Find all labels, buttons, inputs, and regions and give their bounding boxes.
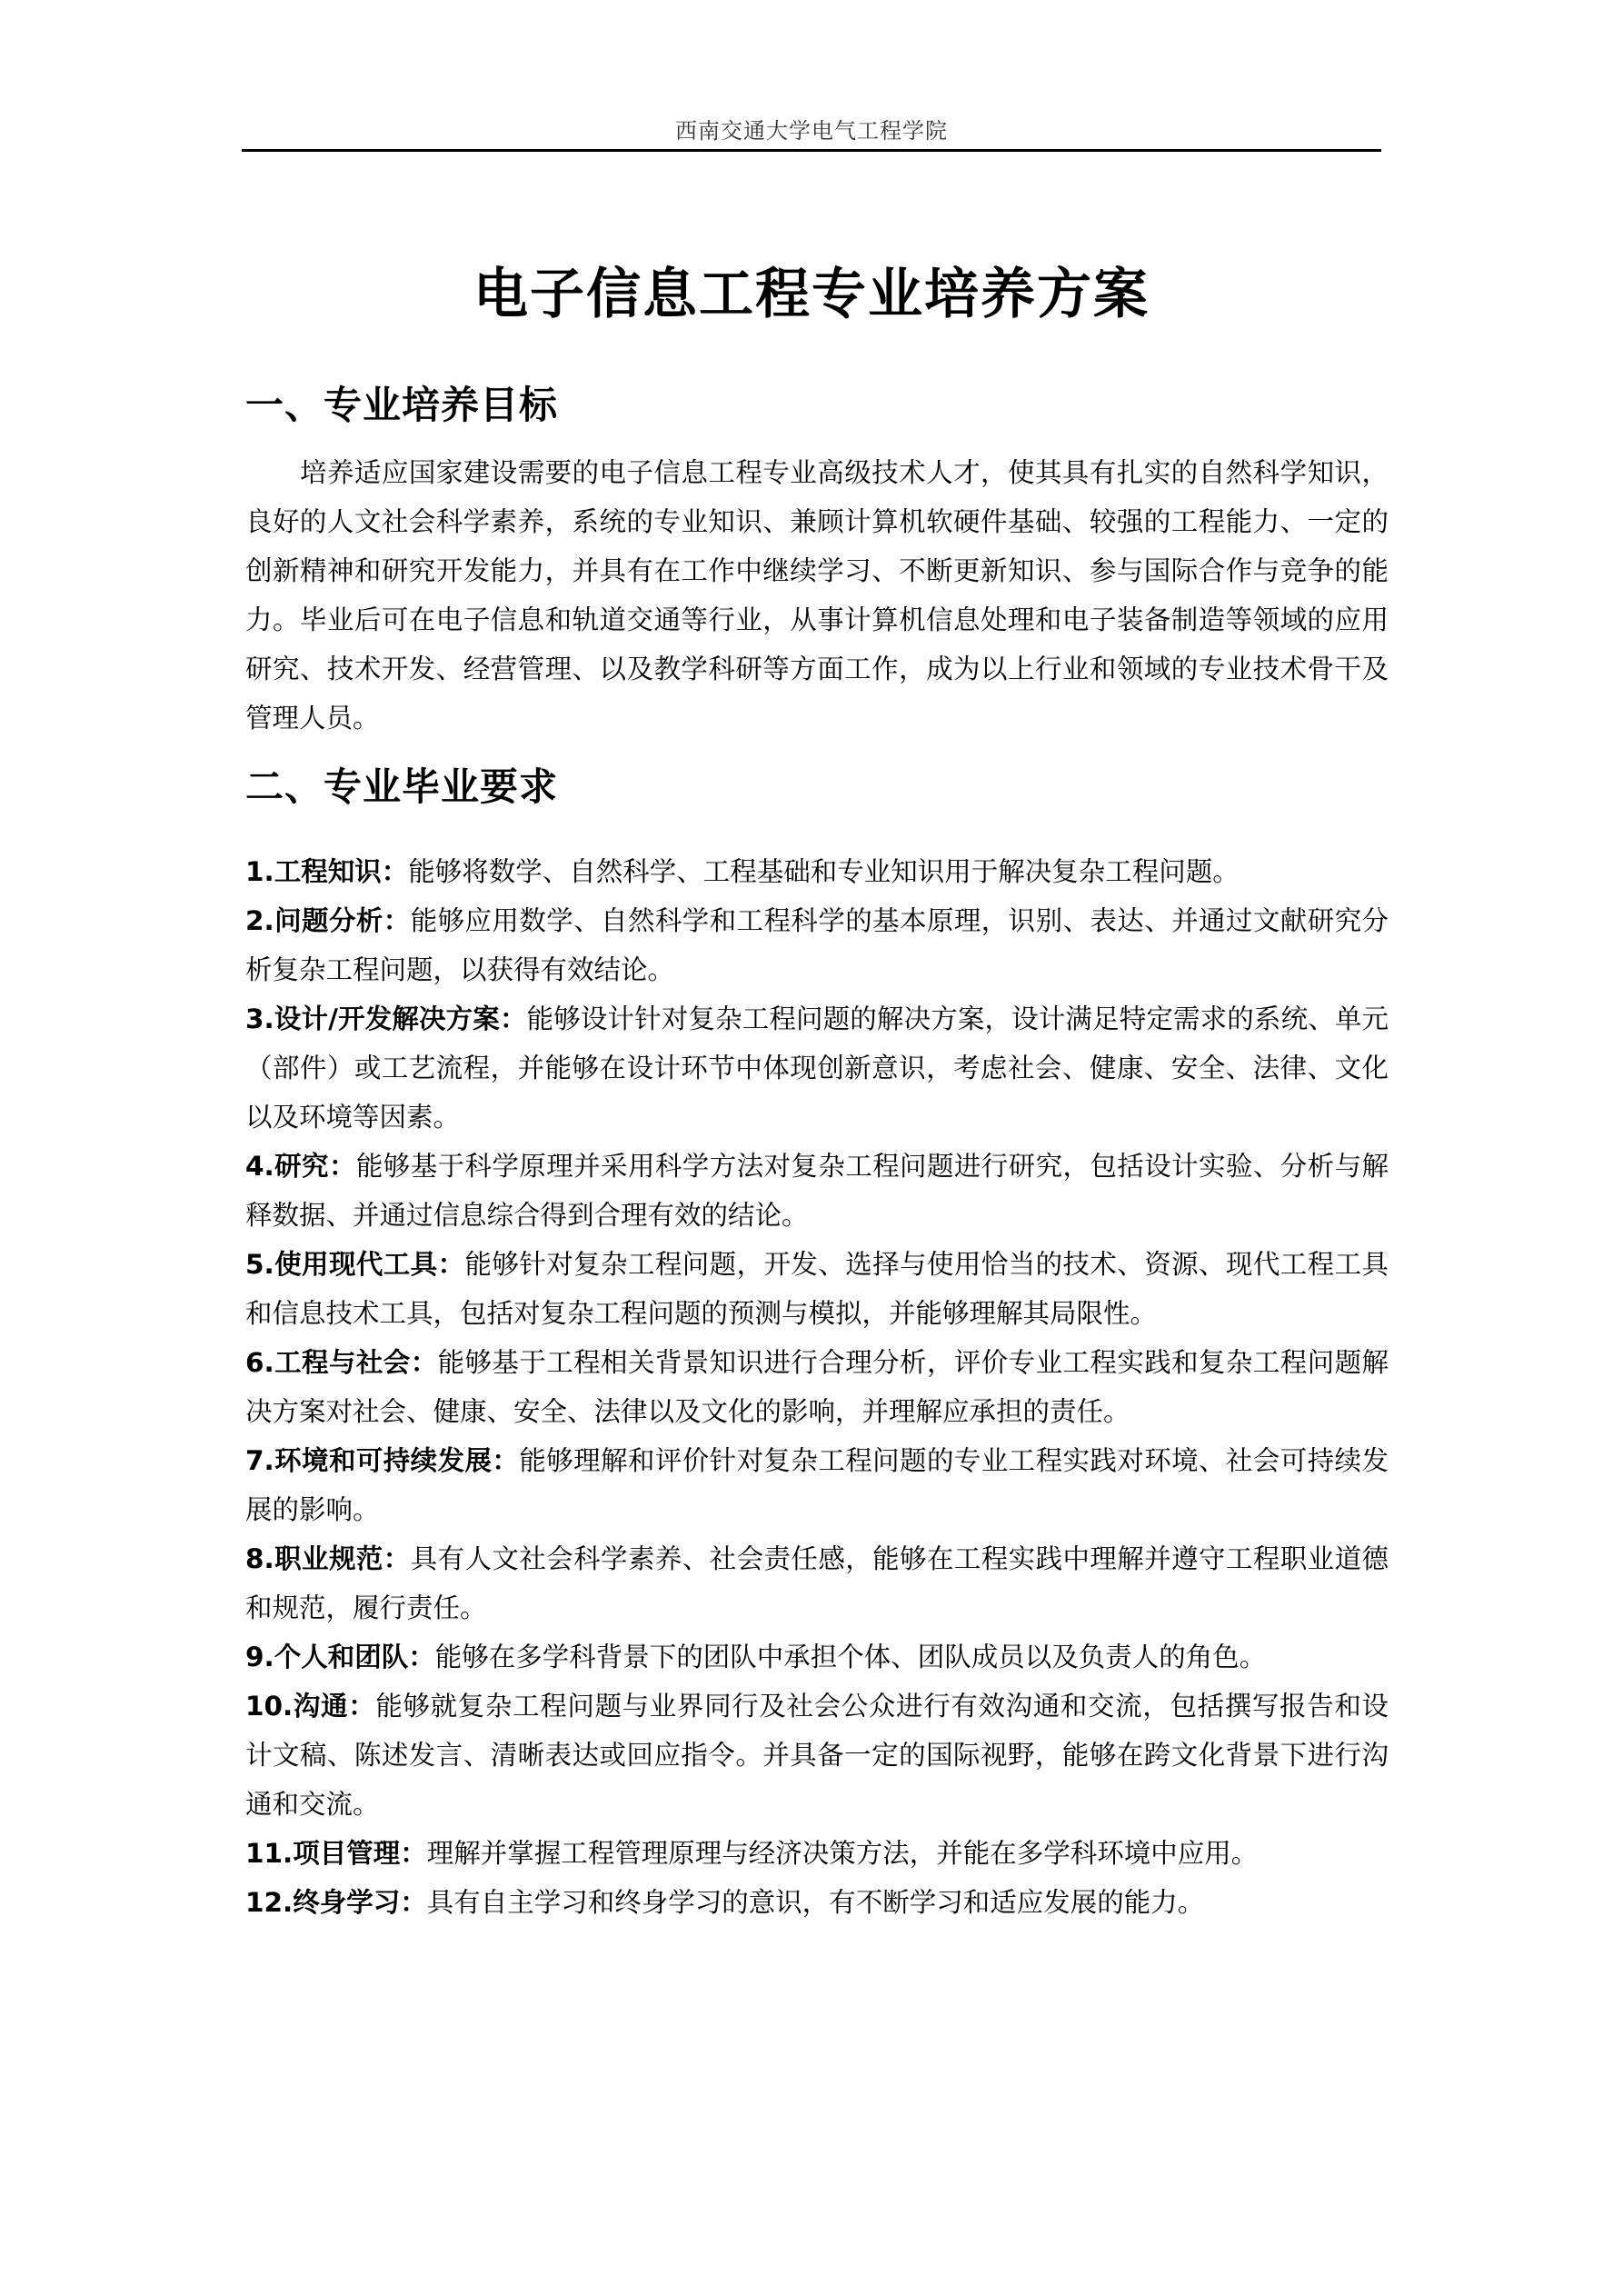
requirement-number: 12. xyxy=(245,1887,293,1918)
requirement-number: 11. xyxy=(245,1838,293,1869)
requirement-title: 职业规范 xyxy=(274,1543,383,1574)
requirement-text: 能够就复杂工程问题与业界同行及社会公众进行有效沟通和交流，包括撰写报告和设计文稿… xyxy=(245,1691,1389,1820)
requirement-number: 3. xyxy=(245,1003,274,1034)
requirement-title: 工程知识 xyxy=(274,856,382,887)
objectives-paragraph: 培养适应国家建设需要的电子信息工程专业高级技术人才，使其具有扎实的自然科学知识，… xyxy=(245,448,1389,743)
requirement-number: 6. xyxy=(245,1347,274,1378)
requirement-title: 研究 xyxy=(274,1151,329,1182)
requirements-list: 1.工程知识：能够将数学、自然科学、工程基础和专业知识用于解决复杂工程问题。 2… xyxy=(245,847,1389,1927)
requirement-colon: ： xyxy=(329,1151,356,1182)
running-header: 西南交通大学电气工程学院 xyxy=(242,113,1381,145)
requirement-title: 问题分析 xyxy=(274,905,383,936)
requirement-item-1: 1.工程知识：能够将数学、自然科学、工程基础和专业知识用于解决复杂工程问题。 xyxy=(245,847,1389,896)
requirement-text: 具有自主学习和终身学习的意识，有不断学习和适应发展的能力。 xyxy=(427,1887,1205,1918)
requirement-item-6: 6.工程与社会：能够基于工程相关背景知识进行合理分析，评价专业工程实践和复杂工程… xyxy=(245,1338,1389,1436)
requirement-item-3: 3.设计/开发解决方案：能够设计针对复杂工程问题的解决方案，设计满足特定需求的系… xyxy=(245,994,1389,1142)
requirement-title: 沟通 xyxy=(293,1691,348,1722)
requirement-item-12: 12.终身学习：具有自主学习和终身学习的意识，有不断学习和适应发展的能力。 xyxy=(245,1878,1389,1927)
requirement-text: 能够应用数学、自然科学和工程科学的基本原理，识别、表达、并通过文献研究分析复杂工… xyxy=(245,905,1389,985)
requirement-title: 工程与社会 xyxy=(274,1347,411,1378)
requirement-colon: ： xyxy=(411,1347,438,1378)
document-page: 西南交通大学电气工程学院 电子信息工程专业培养方案 一、专业培养目标 培养适应国… xyxy=(0,0,1623,2296)
requirement-number: 7. xyxy=(245,1445,274,1476)
requirement-number: 8. xyxy=(245,1543,274,1574)
requirement-colon: ： xyxy=(408,1642,435,1672)
requirement-item-7: 7.环境和可持续发展：能够理解和评价针对复杂工程问题的专业工程实践对环境、社会可… xyxy=(245,1436,1389,1534)
requirement-item-9: 9.个人和团队：能够在多学科背景下的团队中承担个体、团队成员以及负责人的角色。 xyxy=(245,1632,1389,1682)
requirement-colon: ： xyxy=(383,905,411,936)
requirement-title: 终身学习 xyxy=(293,1887,400,1918)
requirement-colon: ： xyxy=(348,1691,375,1722)
requirement-item-10: 10.沟通：能够就复杂工程问题与业界同行及社会公众进行有效沟通和交流，包括撰写报… xyxy=(245,1682,1389,1829)
requirement-colon: ： xyxy=(400,1887,427,1918)
requirement-text: 理解并掌握工程管理原理与经济决策方法，并能在多学科环境中应用。 xyxy=(427,1838,1259,1869)
requirement-text: 能够将数学、自然科学、工程基础和专业知识用于解决复杂工程问题。 xyxy=(408,856,1240,887)
requirement-number: 10. xyxy=(245,1691,293,1722)
section-heading-requirements: 二、专业毕业要求 xyxy=(245,762,558,813)
requirement-item-4: 4.研究：能够基于科学原理并采用科学方法对复杂工程问题进行研究，包括设计实验、分… xyxy=(245,1142,1389,1240)
requirement-number: 5. xyxy=(245,1249,274,1280)
requirement-colon: ： xyxy=(383,1543,411,1574)
requirement-title: 使用现代工具 xyxy=(274,1249,438,1280)
requirements-body: 1.工程知识：能够将数学、自然科学、工程基础和专业知识用于解决复杂工程问题。 2… xyxy=(245,847,1389,1927)
objectives-body: 培养适应国家建设需要的电子信息工程专业高级技术人才，使其具有扎实的自然科学知识，… xyxy=(245,448,1389,743)
requirement-number: 4. xyxy=(245,1151,274,1182)
requirement-item-11: 11.项目管理：理解并掌握工程管理原理与经济决策方法，并能在多学科环境中应用。 xyxy=(245,1829,1389,1878)
requirement-number: 1. xyxy=(245,856,274,887)
requirement-colon: ： xyxy=(500,1003,527,1034)
document-title: 电子信息工程专业培养方案 xyxy=(242,262,1381,327)
requirement-text: 具有人文社会科学素养、社会责任感，能够在工程实践中理解并遵守工程职业道德和规范，… xyxy=(245,1543,1389,1623)
requirement-text: 能够基于科学原理并采用科学方法对复杂工程问题进行研究，包括设计实验、分析与解释数… xyxy=(245,1151,1389,1231)
section-heading-objectives: 一、专业培养目标 xyxy=(245,380,558,431)
requirement-number: 9. xyxy=(245,1642,274,1672)
requirement-title: 环境和可持续发展 xyxy=(274,1445,493,1476)
requirement-number: 2. xyxy=(245,905,274,936)
requirement-text: 能够在多学科背景下的团队中承担个体、团队成员以及负责人的角色。 xyxy=(435,1642,1267,1672)
requirement-item-2: 2.问题分析：能够应用数学、自然科学和工程科学的基本原理，识别、表达、并通过文献… xyxy=(245,896,1389,994)
requirement-item-5: 5.使用现代工具：能够针对复杂工程问题，开发、选择与使用恰当的技术、资源、现代工… xyxy=(245,1240,1389,1338)
requirement-title: 个人和团队 xyxy=(274,1642,409,1672)
header-rule xyxy=(242,149,1381,152)
requirement-colon: ： xyxy=(438,1249,465,1280)
requirement-colon: ： xyxy=(492,1445,519,1476)
requirement-title: 项目管理 xyxy=(293,1838,400,1869)
requirement-item-8: 8.职业规范：具有人文社会科学素养、社会责任感，能够在工程实践中理解并遵守工程职… xyxy=(245,1534,1389,1632)
requirement-title: 设计/开发解决方案 xyxy=(274,1003,500,1034)
requirement-colon: ： xyxy=(400,1838,427,1869)
requirement-colon: ： xyxy=(382,856,409,887)
